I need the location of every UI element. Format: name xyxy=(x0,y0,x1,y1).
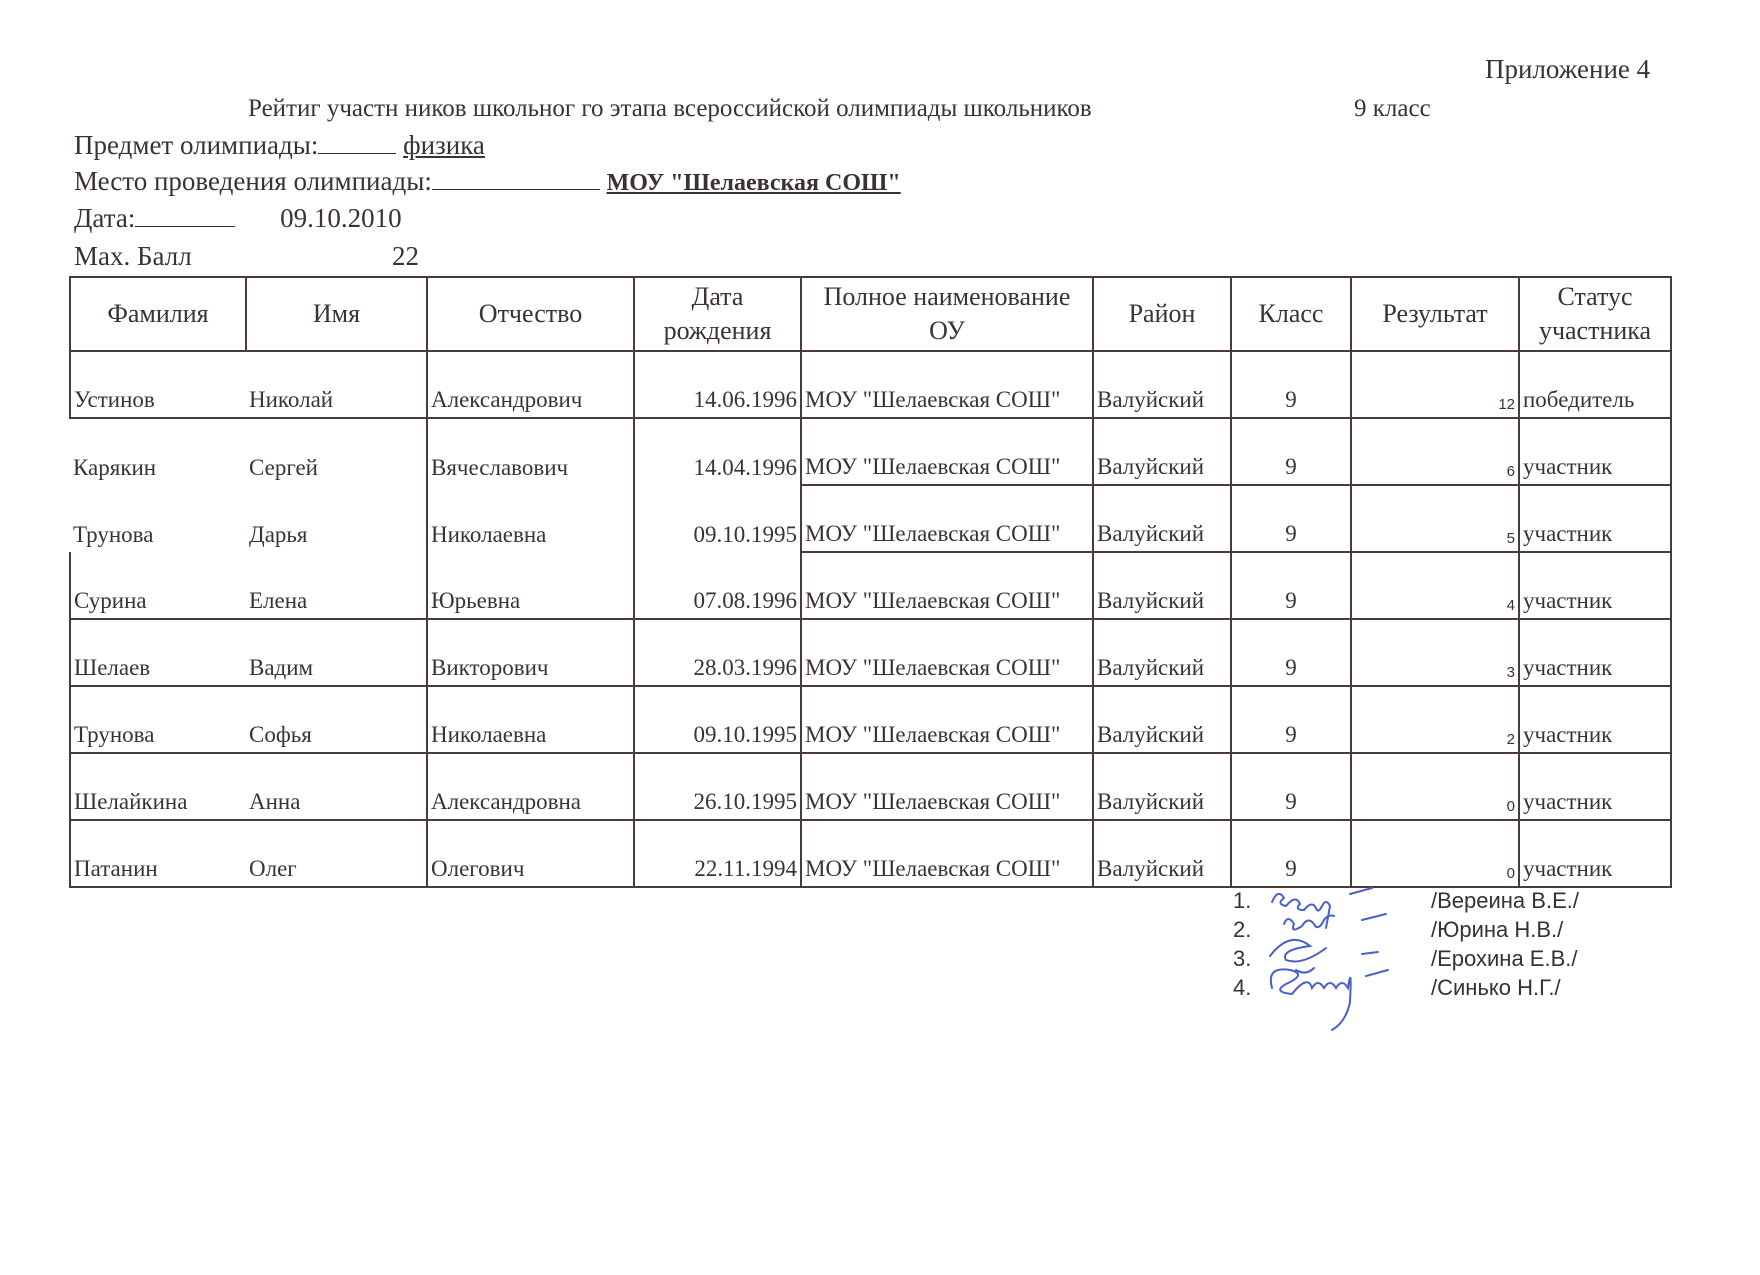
table-row: СуринаЕленаЮрьевна07.08.1996МОУ "Шелаевс… xyxy=(70,552,1671,619)
subject-value: физика xyxy=(403,130,485,160)
col-header-school: Полное наименование ОУ xyxy=(801,277,1093,351)
cell-patronymic: Олегович xyxy=(427,820,634,887)
cell-last-name: Патанин xyxy=(70,820,246,887)
cell-result: 6 xyxy=(1351,418,1519,485)
cell-grade: 9 xyxy=(1231,820,1351,887)
cell-patronymic: Викторович xyxy=(427,619,634,686)
cell-grade: 9 xyxy=(1231,351,1351,418)
cell-result: 0 xyxy=(1351,820,1519,887)
cell-district: Валуйский xyxy=(1093,820,1231,887)
max-score-value: 22 xyxy=(392,241,419,272)
cell-last-name: Шелайкина xyxy=(70,753,246,820)
cell-result: 2 xyxy=(1351,686,1519,753)
cell-school: МОУ "Шелаевская СОШ" xyxy=(801,418,1093,485)
cell-grade: 9 xyxy=(1231,552,1351,619)
cell-result: 5 xyxy=(1351,485,1519,552)
cell-patronymic: Александровна xyxy=(427,753,634,820)
cell-first-name: Вадим xyxy=(246,619,427,686)
subject-blank xyxy=(318,131,396,154)
cell-school: МОУ "Шелаевская СОШ" xyxy=(801,552,1093,619)
venue-line: Место проведения олимпиады: МОУ "Шелаевс… xyxy=(74,166,901,197)
cell-dob: 14.04.1996 xyxy=(634,418,801,485)
cell-patronymic: Юрьевна xyxy=(427,552,634,619)
col-header-patronymic: Отчество xyxy=(427,277,634,351)
jury-number: 4. xyxy=(1233,975,1251,1001)
subject-label: Предмет олимпиады: xyxy=(74,130,318,160)
cell-patronymic: Николаевна xyxy=(427,485,634,552)
jury-number: 3. xyxy=(1233,946,1251,972)
cell-dob: 28.03.1996 xyxy=(634,619,801,686)
cell-result: 0 xyxy=(1351,753,1519,820)
table-row: ПатанинОлегОлегович22.11.1994МОУ "Шелаев… xyxy=(70,820,1671,887)
jury-signatures xyxy=(1262,880,1432,1040)
date-value: 09.10.2010 xyxy=(280,203,402,233)
cell-status: победитель xyxy=(1519,351,1671,418)
col-header-grade: Класс xyxy=(1231,277,1351,351)
cell-school: МОУ "Шелаевская СОШ" xyxy=(801,820,1093,887)
date-blank xyxy=(135,204,235,227)
cell-last-name: Трунова xyxy=(70,686,246,753)
cell-grade: 9 xyxy=(1231,485,1351,552)
col-header-dob: Дата рождения xyxy=(634,277,801,351)
table-row: ТруноваСофьяНиколаевна09.10.1995МОУ "Шел… xyxy=(70,686,1671,753)
col-header-district: Район xyxy=(1093,277,1231,351)
date-label: Дата: xyxy=(74,203,135,233)
cell-status: участник xyxy=(1519,686,1671,753)
table-row: ШелайкинаАннаАлександровна26.10.1995МОУ … xyxy=(70,753,1671,820)
cell-first-name: Софья xyxy=(246,686,427,753)
jury-name: /Юрина Н.В./ xyxy=(1431,917,1563,943)
jury-number: 2. xyxy=(1233,917,1251,943)
jury-name: /Вереина В.Е./ xyxy=(1431,888,1579,914)
cell-status: участник xyxy=(1519,418,1671,485)
cell-school: МОУ "Шелаевская СОШ" xyxy=(801,619,1093,686)
rating-table: Фамилия Имя Отчество Дата рождения Полно… xyxy=(69,276,1672,888)
cell-result: 4 xyxy=(1351,552,1519,619)
table-row: ШелаевВадимВикторович28.03.1996МОУ "Шела… xyxy=(70,619,1671,686)
cell-school: МОУ "Шелаевская СОШ" xyxy=(801,351,1093,418)
max-score-label: Max. Балл xyxy=(74,241,192,271)
cell-dob: 07.08.1996 xyxy=(634,552,801,619)
cell-district: Валуйский xyxy=(1093,619,1231,686)
date-line: Дата: 09.10.2010 xyxy=(74,203,402,234)
cell-school: МОУ "Шелаевская СОШ" xyxy=(801,485,1093,552)
cell-patronymic: Александрович xyxy=(427,351,634,418)
jury-name: /Синько Н.Г./ xyxy=(1431,975,1561,1001)
cell-result: 3 xyxy=(1351,619,1519,686)
cell-status: участник xyxy=(1519,820,1671,887)
cell-first-name: Николай xyxy=(246,351,427,418)
cell-grade: 9 xyxy=(1231,753,1351,820)
cell-first-name: Дарья xyxy=(246,485,427,552)
col-header-last-name: Фамилия xyxy=(70,277,246,351)
cell-dob: 22.11.1994 xyxy=(634,820,801,887)
col-header-result: Результат xyxy=(1351,277,1519,351)
venue-label: Место проведения олимпиады: xyxy=(74,166,432,196)
document-title: Рейтиг участн ников школьног го этапа вс… xyxy=(248,95,1092,123)
venue-value: МОУ "Шелаевская СОШ" xyxy=(607,170,901,196)
cell-district: Валуйский xyxy=(1093,351,1231,418)
cell-last-name: Карякин xyxy=(70,418,246,485)
cell-grade: 9 xyxy=(1231,418,1351,485)
col-header-status: Статус участника xyxy=(1519,277,1671,351)
cell-school: МОУ "Шелаевская СОШ" xyxy=(801,686,1093,753)
cell-grade: 9 xyxy=(1231,619,1351,686)
max-score-line: Max. Балл 22 xyxy=(74,241,192,272)
grade-label: 9 класс xyxy=(1354,95,1431,123)
cell-dob: 09.10.1995 xyxy=(634,686,801,753)
cell-status: участник xyxy=(1519,753,1671,820)
cell-district: Валуйский xyxy=(1093,485,1231,552)
cell-dob: 14.06.1996 xyxy=(634,351,801,418)
cell-district: Валуйский xyxy=(1093,552,1231,619)
cell-last-name: Устинов xyxy=(70,351,246,418)
cell-status: участник xyxy=(1519,619,1671,686)
cell-first-name: Сергей xyxy=(246,418,427,485)
cell-district: Валуйский xyxy=(1093,753,1231,820)
cell-district: Валуйский xyxy=(1093,418,1231,485)
cell-first-name: Олег xyxy=(246,820,427,887)
cell-last-name: Сурина xyxy=(70,552,246,619)
cell-first-name: Анна xyxy=(246,753,427,820)
cell-status: участник xyxy=(1519,552,1671,619)
cell-grade: 9 xyxy=(1231,686,1351,753)
subject-line: Предмет олимпиады: физика xyxy=(74,130,485,161)
cell-dob: 26.10.1995 xyxy=(634,753,801,820)
cell-patronymic: Николаевна xyxy=(427,686,634,753)
jury-name: /Ерохина Е.В./ xyxy=(1431,946,1577,972)
col-header-first-name: Имя xyxy=(246,277,427,351)
cell-district: Валуйский xyxy=(1093,686,1231,753)
cell-patronymic: Вячеславович xyxy=(427,418,634,485)
cell-last-name: Шелаев xyxy=(70,619,246,686)
jury-number: 1. xyxy=(1233,888,1251,914)
table-header-row: Фамилия Имя Отчество Дата рождения Полно… xyxy=(70,277,1671,351)
cell-first-name: Елена xyxy=(246,552,427,619)
venue-blank xyxy=(432,167,600,190)
cell-dob: 09.10.1995 xyxy=(634,485,801,552)
table-row: УстиновНиколайАлександрович14.06.1996МОУ… xyxy=(70,351,1671,418)
table-row: ТруноваДарьяНиколаевна09.10.1995МОУ "Шел… xyxy=(70,485,1671,552)
cell-result: 12 xyxy=(1351,351,1519,418)
cell-status: участник xyxy=(1519,485,1671,552)
cell-school: МОУ "Шелаевская СОШ" xyxy=(801,753,1093,820)
cell-last-name: Трунова xyxy=(70,485,246,552)
table-row: КарякинСергейВячеславович14.04.1996МОУ "… xyxy=(70,418,1671,485)
appendix-label: Приложение 4 xyxy=(1485,54,1650,85)
